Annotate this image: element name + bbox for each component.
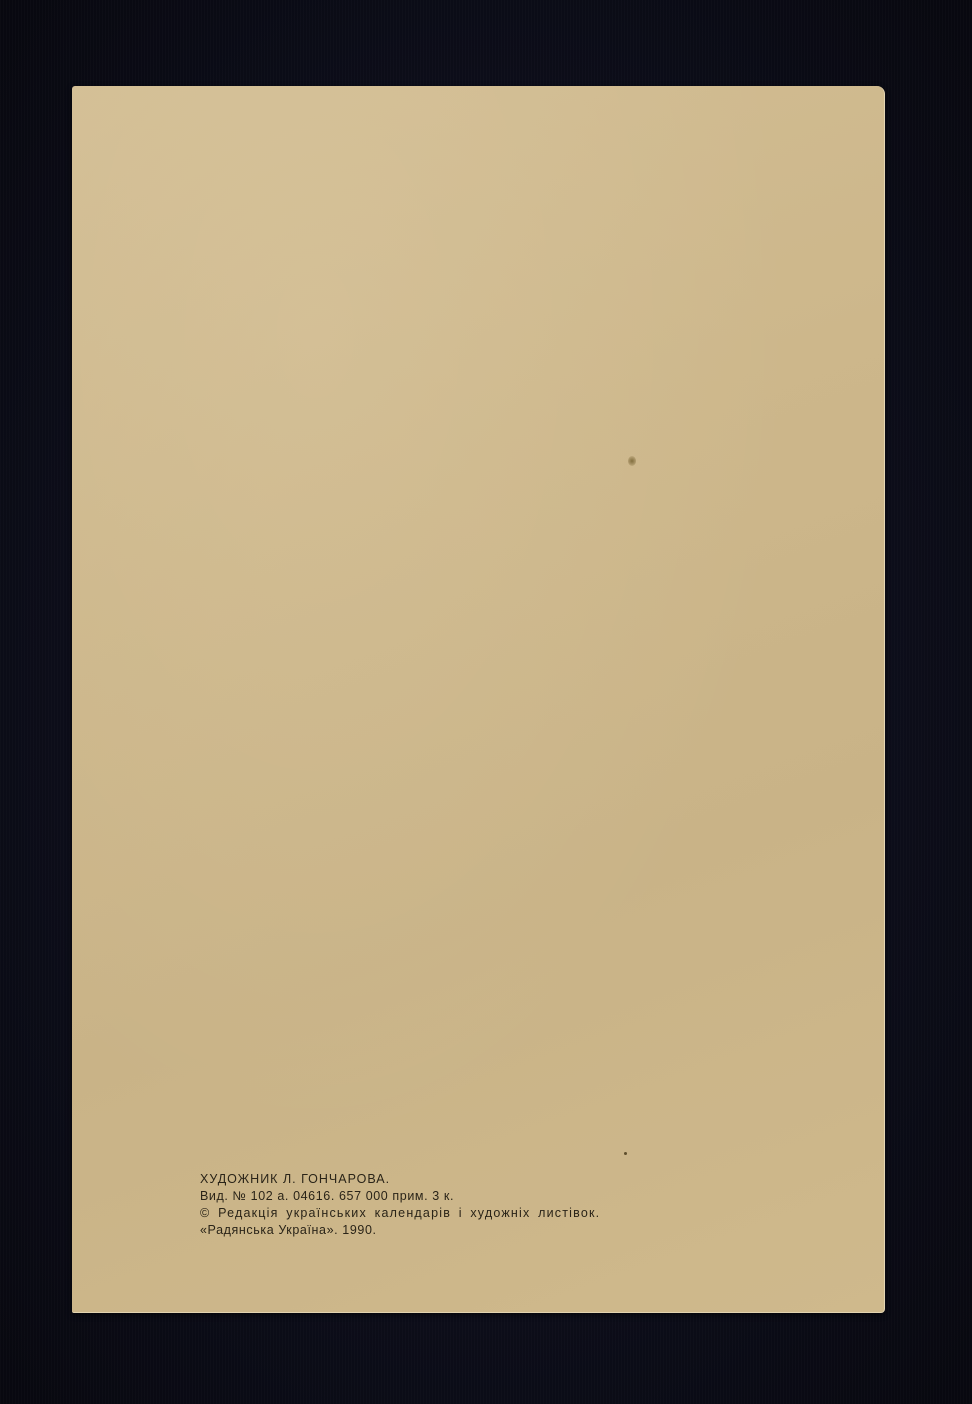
copyright-line: © Редакція українських календарів і худо… [200, 1205, 600, 1222]
publisher-imprint: ХУДОЖНИК Л. ГОНЧАРОВА. Вид. № 102 а. 046… [200, 1171, 600, 1239]
paper-speck [628, 456, 636, 466]
publication-info: Вид. № 102 а. 04616. 657 000 прим. 3 к. [200, 1188, 600, 1205]
publisher-line: «Радянська Україна». 1990. [200, 1222, 600, 1239]
artist-credit: ХУДОЖНИК Л. ГОНЧАРОВА. [200, 1171, 600, 1188]
postcard-back: ХУДОЖНИК Л. ГОНЧАРОВА. Вид. № 102 а. 046… [72, 86, 885, 1313]
paper-dot [624, 1152, 627, 1155]
